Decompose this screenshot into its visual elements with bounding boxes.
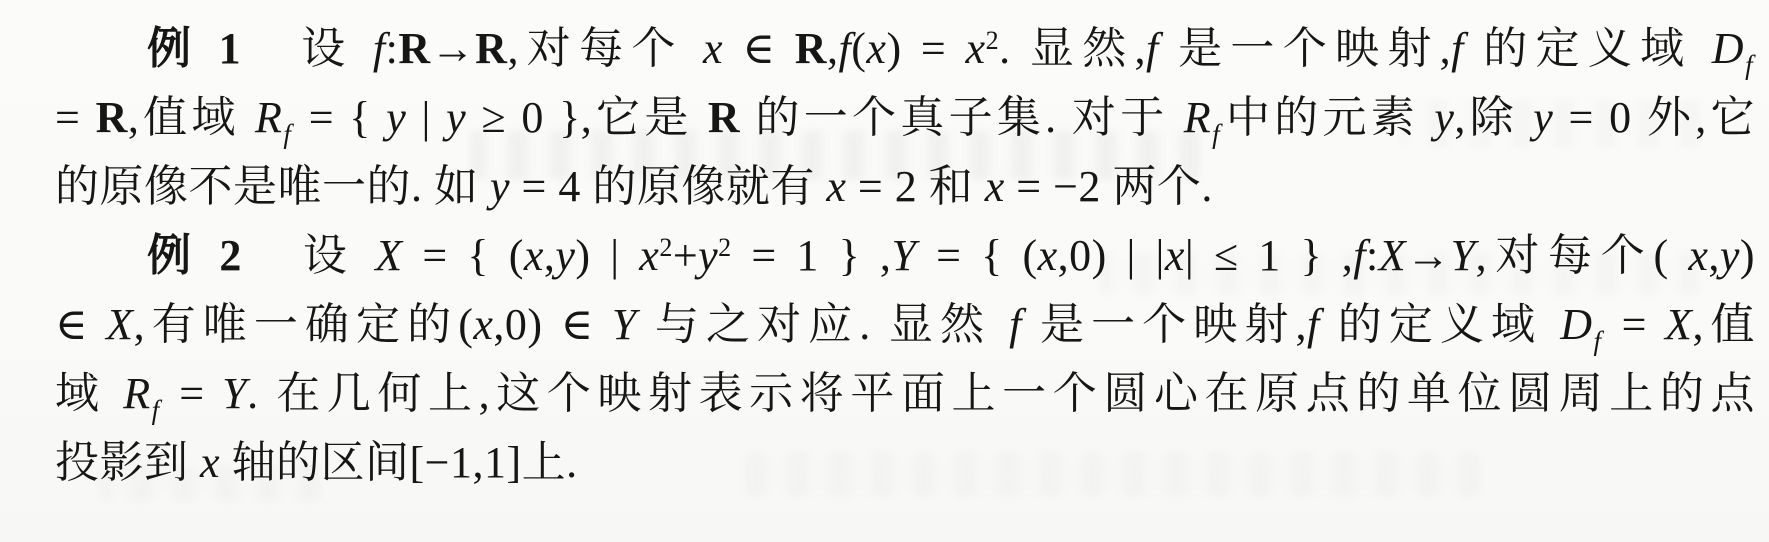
body-text: = −2 两个. — [1005, 162, 1213, 211]
body-text: = { — [293, 93, 386, 142]
text-line-example2-3: 域 Rf = Y. 在几何上,这个映射表示将平面上一个圆心在原点的单位圆周上的点 — [55, 359, 1755, 428]
scanned-page: 例 1 设 f:R→R,对每个 x ∈ R,f(x) = x2. 显然,f 是一… — [0, 0, 1769, 542]
math-symbol: x — [1688, 231, 1708, 280]
math-symbol: y — [386, 93, 406, 142]
body-text: ) — [1740, 231, 1755, 280]
math-symbol: f — [1146, 24, 1159, 73]
math-symbol: R — [123, 369, 150, 418]
math-symbol: f — [283, 119, 291, 149]
math-symbol: X — [106, 300, 133, 349]
math-symbol: y — [446, 93, 466, 142]
math-symbol: f — [1009, 300, 1022, 349]
math-symbol: x — [966, 24, 986, 73]
body-text: = — [1604, 300, 1666, 349]
body-text: 与之对应. 显然 — [637, 300, 1009, 349]
body-text: = 1 } , — [732, 231, 892, 280]
math-symbol: R — [1184, 93, 1211, 142]
body-text: : — [386, 24, 399, 73]
math-symbol: f — [1745, 50, 1753, 80]
body-text: 投影到 — [55, 438, 200, 487]
body-text: , — [1708, 231, 1720, 280]
math-symbol: R — [255, 93, 282, 142]
math-symbol: D — [1712, 24, 1744, 73]
bold-text: R — [96, 93, 128, 142]
body-text: . 显然, — [999, 24, 1146, 73]
body-text: = — [55, 93, 96, 142]
math-symbol: y — [490, 162, 510, 211]
body-text: ∈ — [55, 300, 106, 349]
math-symbol: x — [639, 231, 659, 280]
math-symbol: 2 — [986, 26, 1000, 55]
body-text: → — [431, 24, 476, 73]
body-text: . 在几何上,这个映射表示将平面上一个圆心在原点的单位圆周上的点 — [247, 369, 1755, 418]
text-line-example2-4: 投影到 x 轴的区间[−1,1]上. — [55, 428, 1755, 497]
body-text: = 2 和 — [846, 162, 984, 211]
body-text: → — [1406, 231, 1451, 280]
math-symbol: x — [200, 438, 220, 487]
body-text: | ≤ 1 } , — [1185, 231, 1353, 280]
math-symbol: f — [1594, 326, 1602, 356]
math-symbol: X — [375, 231, 402, 280]
math-symbol: 2 — [659, 233, 673, 262]
math-symbol: Y — [222, 369, 247, 418]
math-symbol: x — [1038, 231, 1058, 280]
body-text: 设 — [241, 24, 373, 73]
math-symbol: f — [1307, 300, 1320, 349]
body-text: 的定义域 — [1320, 300, 1561, 349]
math-symbol: x — [703, 24, 723, 73]
math-symbol: x — [985, 162, 1005, 211]
math-symbol: y — [1533, 93, 1553, 142]
body-text: ,对每个 — [507, 24, 703, 73]
body-text: ,值域 — [128, 93, 255, 142]
math-symbol: x — [473, 300, 493, 349]
body-text: , — [544, 231, 556, 280]
body-text: ,值 — [1692, 300, 1755, 349]
math-symbol: y — [555, 231, 575, 280]
body-text: = { ( — [916, 231, 1037, 280]
body-text: , — [827, 24, 839, 73]
math-symbol: Y — [612, 300, 637, 349]
text-line-example1-1: 例 1 设 f:R→R,对每个 x ∈ R,f(x) = x2. 显然,f 是一… — [55, 14, 1755, 83]
body-text: 是一个映射, — [1159, 24, 1451, 73]
math-symbol: f — [1212, 119, 1220, 149]
body-text: 轴的区间[−1,1]上. — [220, 438, 578, 487]
body-text: ) | — [575, 231, 639, 280]
text-line-example2-2: ∈ X,有唯一确定的(x,0) ∈ Y 与之对应. 显然 f 是一个映射,f 的… — [55, 290, 1755, 359]
math-symbol: X — [1665, 300, 1692, 349]
math-symbol: y — [698, 231, 718, 280]
body-text: = 0 外,它 — [1553, 93, 1755, 142]
body-text: ,0) ∈ — [493, 300, 611, 349]
bold-text: 例 1 — [147, 24, 241, 73]
math-symbol: x — [1165, 231, 1185, 280]
math-symbol: y — [1720, 231, 1740, 280]
math-symbol: x — [866, 24, 886, 73]
body-text: = { ( — [403, 231, 524, 280]
body-text: 中的元素 — [1222, 93, 1434, 142]
body-text: 的定义域 — [1464, 24, 1712, 73]
body-text: + — [673, 231, 698, 280]
bold-text: R — [398, 24, 430, 73]
body-text: | — [406, 93, 446, 142]
bold-text: R — [795, 24, 827, 73]
math-symbol: x — [826, 162, 846, 211]
body-text: ) = — [886, 24, 965, 73]
body-text: 的原像不是唯一的. 如 — [55, 162, 490, 211]
body-text: ,0) | | — [1058, 231, 1165, 280]
math-symbol: x — [524, 231, 544, 280]
math-symbol: Y — [1451, 231, 1476, 280]
page-text: 例 1 设 f:R→R,对每个 x ∈ R,f(x) = x2. 显然,f 是一… — [55, 14, 1755, 497]
bold-text: R — [708, 93, 740, 142]
bold-text: 例 2 — [147, 231, 242, 280]
body-text: ,除 — [1454, 93, 1533, 142]
text-line-example1-2: = R,值域 Rf = { y | y ≥ 0 },它是 R 的一个真子集. 对… — [55, 83, 1755, 152]
math-symbol: f — [373, 24, 386, 73]
body-text: ,有唯一确定的( — [134, 300, 474, 349]
body-text: ,它是 — [581, 93, 708, 142]
body-text: = — [162, 369, 223, 418]
body-text: : — [1366, 231, 1379, 280]
math-symbol: 2 — [718, 233, 732, 262]
body-text: 域 — [55, 369, 123, 418]
math-symbol: D — [1560, 300, 1592, 349]
body-text: ( — [851, 24, 866, 73]
body-text: ,对每个( — [1476, 231, 1689, 280]
text-line-example2-1: 例 2 设 X = { (x,y) | x2+y2 = 1 } ,Y = { (… — [55, 221, 1755, 290]
math-symbol: f — [1353, 231, 1366, 280]
math-symbol: X — [1379, 231, 1406, 280]
body-text: 的一个真子集. 对于 — [740, 93, 1184, 142]
math-symbol: f — [1451, 24, 1464, 73]
math-symbol: y — [1434, 93, 1454, 142]
math-symbol: Y — [891, 231, 916, 280]
body-text: ∈ — [723, 24, 795, 73]
body-text: = 4 的原像就有 — [510, 162, 826, 211]
body-text: 设 — [242, 231, 375, 280]
text-line-example1-3: 的原像不是唯一的. 如 y = 4 的原像就有 x = 2 和 x = −2 两… — [55, 152, 1755, 221]
body-text: ≥ 0 } — [466, 93, 581, 142]
body-text: 是一个映射, — [1022, 300, 1307, 349]
math-symbol: f — [839, 24, 852, 73]
bold-text: R — [475, 24, 507, 73]
math-symbol: f — [152, 395, 160, 425]
